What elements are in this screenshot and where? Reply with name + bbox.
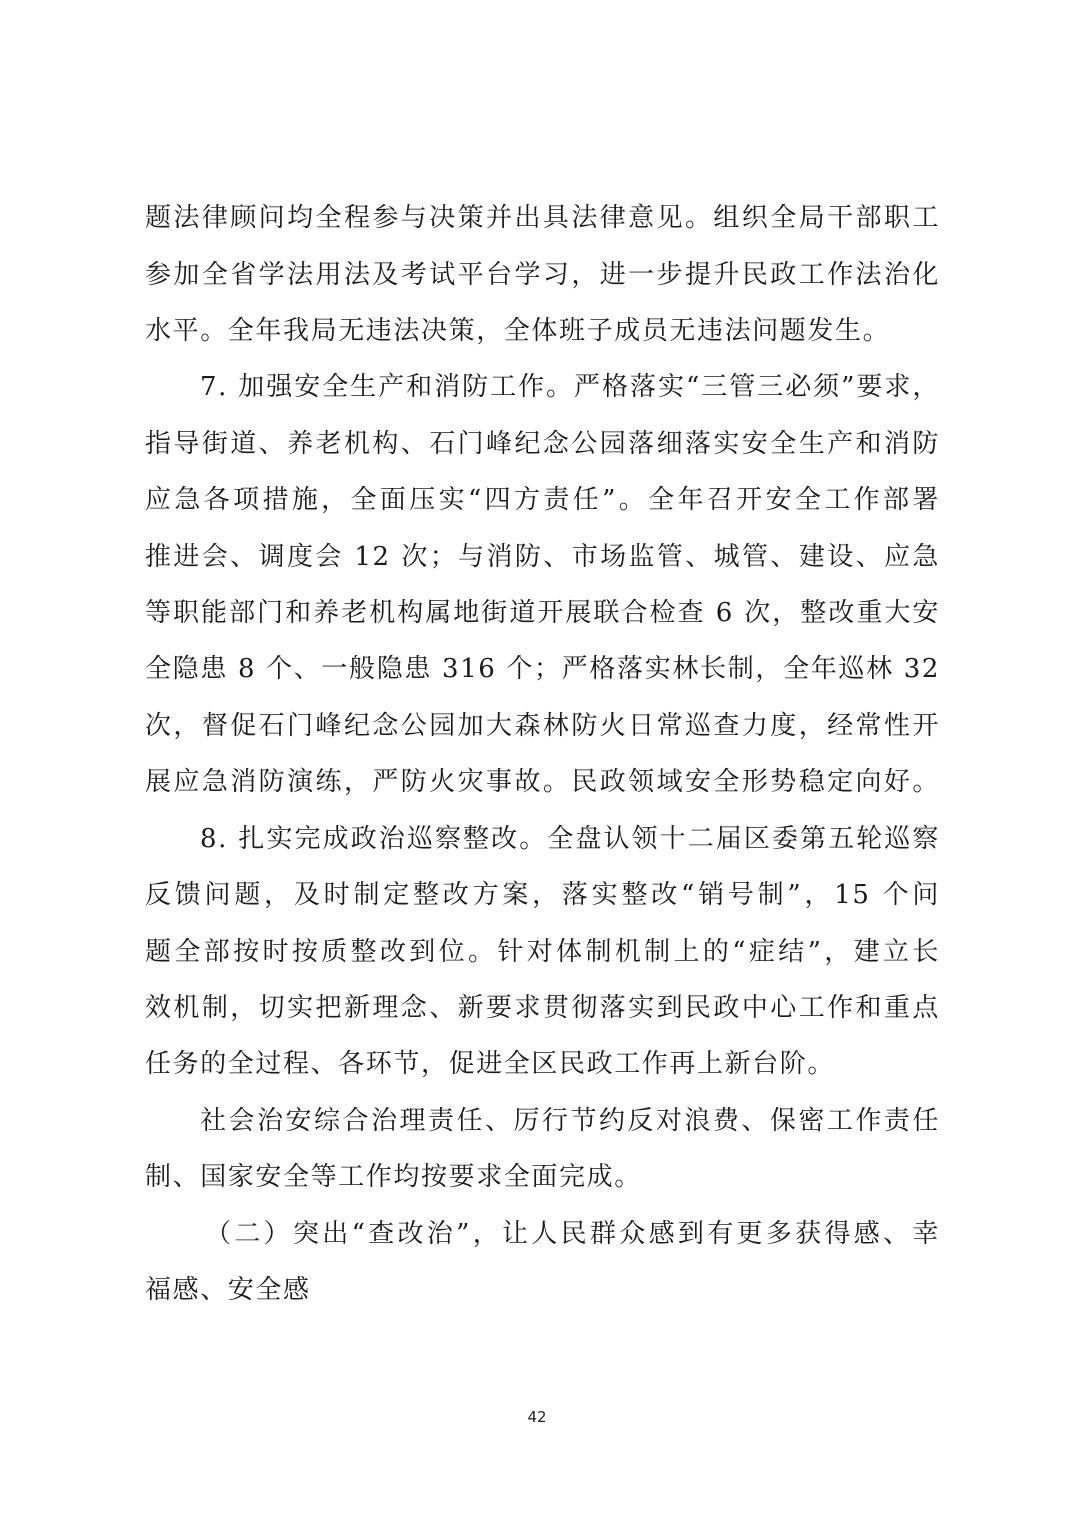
page-number: 42 bbox=[0, 1408, 1074, 1426]
text-line: 推进会、调度会 12 次；与消防、市场监管、城管、建设、应急 bbox=[145, 537, 940, 577]
list-item-heading: 8. 扎实完成政治巡察整改。全盘认领十二届区委第五轮巡察 bbox=[200, 819, 940, 859]
text-line: 指导街道、养老机构、石门峰纪念公园落细落实安全生产和消防 bbox=[145, 424, 940, 464]
text-line: 次，督促石门峰纪念公园加大森林防火日常巡查力度，经常性开 bbox=[145, 706, 940, 746]
text-line: 题法律顾问均全程参与决策并出具法律意见。组织全局干部职工 bbox=[145, 198, 940, 238]
text-line: 题全部按时按质整改到位。针对体制机制上的“症结”，建立长 bbox=[145, 932, 940, 972]
text-line: 社会治安综合治理责任、厉行节约反对浪费、保密工作责任 bbox=[200, 1101, 940, 1141]
text-line: 制、国家安全等工作均按要求全面完成。 bbox=[145, 1157, 940, 1197]
text-line: 应急各项措施，全面压实“四方责任”。全年召开安全工作部署 bbox=[145, 480, 940, 520]
document-page: 题法律顾问均全程参与决策并出具法律意见。组织全局干部职工 参加全省学法用法及考试… bbox=[0, 0, 1074, 1520]
text-line: 参加全省学法用法及考试平台学习，进一步提升民政工作法治化 bbox=[145, 255, 940, 295]
list-item-heading: 7. 加强安全生产和消防工作。严格落实“三管三必须”要求， bbox=[200, 367, 940, 407]
text-line: 任务的全过程、各环节，促进全区民政工作再上新台阶。 bbox=[145, 1044, 940, 1084]
text-line: 展应急消防演练，严防火灾事故。民政领域安全形势稳定向好。 bbox=[145, 762, 940, 802]
text-line: 反馈问题，及时制定整改方案，落实整改“销号制”，15 个问 bbox=[145, 875, 940, 915]
text-line: 等职能部门和养老机构属地街道开展联合检查 6 次，整改重大安 bbox=[145, 593, 940, 633]
text-line: 水平。全年我局无违法决策，全体班子成员无违法问题发生。 bbox=[145, 311, 940, 351]
text-line: 效机制，切实把新理念、新要求贯彻落实到民政中心工作和重点 bbox=[145, 988, 940, 1028]
section-heading: （二）突出“查改治”，让人民群众感到有更多获得感、幸 bbox=[205, 1214, 940, 1254]
text-line: 全隐患 8 个、一般隐患 316 个；严格落实林长制，全年巡林 32 bbox=[145, 649, 940, 689]
section-heading-continuation: 福感、安全感 bbox=[145, 1270, 940, 1310]
